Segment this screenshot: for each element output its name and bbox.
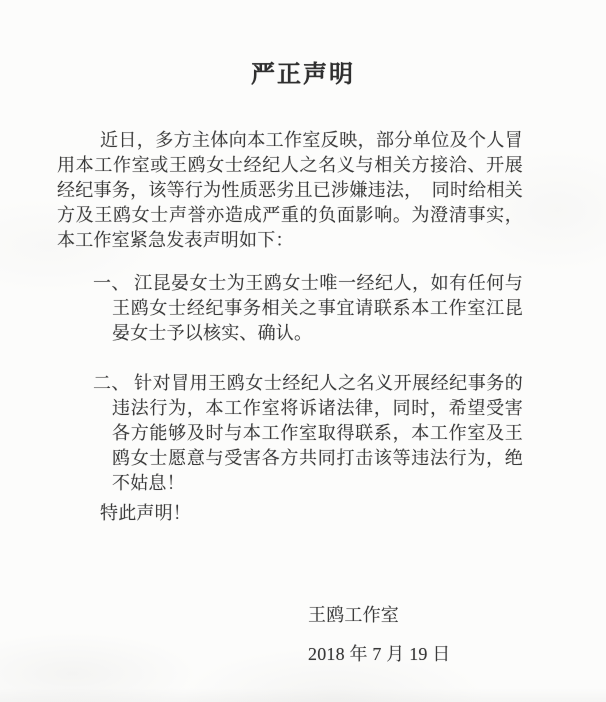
statement-opening-paragraph: 近日，多方主体向本工作室反映，部分单位及个人冒用本工作室或王鸥女士经纪人之名义与…	[57, 128, 523, 253]
item-2-marker: 二、	[93, 373, 130, 393]
item-2-text: 针对冒用王鸥女士经纪人之名义开展经纪事务的违法行为，本工作室将诉诸法律，同时，希…	[112, 373, 523, 493]
signature-name: 王鸥工作室	[308, 603, 528, 628]
closing-line: 特此声明！	[57, 501, 523, 526]
item-1-marker: 一、	[93, 273, 130, 293]
statement-item-2: 二、针对冒用王鸥女士经纪人之名义开展经纪事务的违法行为，本工作室将诉诸法律，同时…	[57, 371, 523, 496]
signature-block: 王鸥工作室 2018 年 7 月 19 日	[308, 603, 528, 667]
document-page: 严正声明 近日，多方主体向本工作室反映，部分单位及个人冒用本工作室或王鸥女士经纪…	[0, 0, 606, 667]
statement-title: 严正声明	[0, 0, 606, 91]
item-1-text: 江昆晏女士为王鸥女士唯一经纪人，如有任何与王鸥女士经纪事务相关之事宜请联系本工作…	[112, 273, 523, 343]
signature-date: 2018 年 7 月 19 日	[308, 642, 528, 667]
statement-item-1: 一、江昆晏女士为王鸥女士唯一经纪人，如有任何与王鸥女士经纪事务相关之事宜请联系本…	[57, 271, 523, 346]
